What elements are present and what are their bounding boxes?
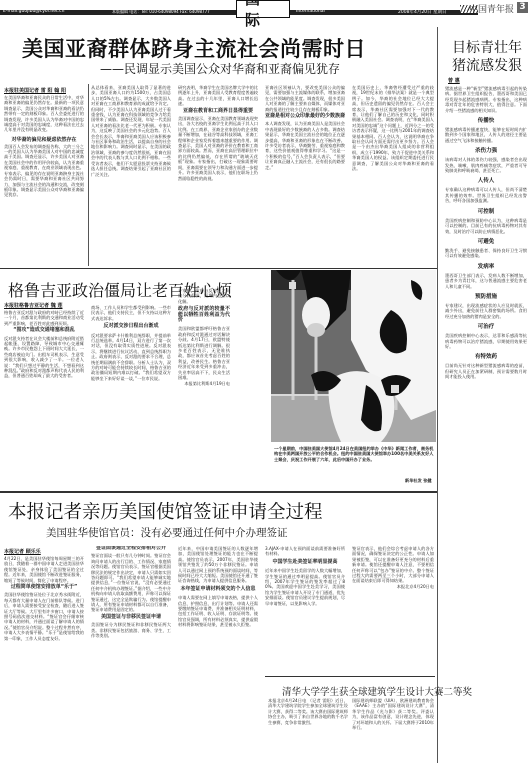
section-divider [0, 491, 437, 493]
article1-column-4: 亚裔社区领袖认为，要改变美国公众的偏见，需要加强与主流媒体的联系，增加亚裔在公共… [265, 85, 345, 265]
sidebar-intro: 猪流感是一种“新型”猪流感病毒引起的传染病。据世界卫生组织报告，墨西哥和美国已经… [445, 86, 527, 113]
masthead-contact: 本版编辑 电话：Tel: 010-64098094 Fax: 64098777 [112, 9, 210, 15]
article4-headline: 清华大学学生获全球建筑学生设计大赛二等奖 [282, 684, 472, 698]
section-divider [265, 676, 435, 677]
paper-logo: 中国青年报 [469, 2, 514, 15]
article1-subhead-2: 亚裔在教育和工商界日显得重要 [178, 109, 258, 114]
sidebar-section-text: 专家确认这种病毒可以人传人，但尚不清楚其传播的效率。世界卫生组织已经发出警告，呼… [445, 187, 527, 203]
sidebar-section-text: 勤洗手、避免接触患者、保持良好卫生习惯可以有效避免感染。 [445, 248, 527, 259]
article1-subhead-1: 对华裔的偏见和疑虑依然存在 [4, 138, 84, 143]
masthead: E-mail:guojibu@cyol.net.cn 本版编辑 电话：Tel: … [0, 0, 530, 20]
article1-column-5: 在美国历史上，华裔曾经遭受过严重的歧视，19世纪末的《排华法案》就是一个典型例子… [352, 85, 434, 265]
article3-column-2: 签证面谈通过全程安排相对公开签证官面谈一般只有几分钟时间。签证官会询问申请人的出… [91, 546, 171, 763]
photo-caption: 一个星期前，中国驻美国大使馆4月24日在美国纽约举办《中华》新闻工作者，商务机构… [274, 446, 434, 462]
article2-column-1: 格鲁吉亚反对派与政府的对峙已经持续了近一个月，首都第比利斯的交通和商业活动受到严… [4, 310, 84, 488]
article3-column-3: 近年来，中国申请美国签证的人数逐年增加，美国使馆处理签证的能力也在不断提高。使馆… [178, 546, 258, 763]
article4-column-2: 国际建筑师联盟（UIA）、欧洲建筑教育协会（EAAE）主办的“国际建筑设计大赛”… [352, 698, 434, 763]
article2-dateline: 本报第比利斯4月19日电 [178, 381, 230, 386]
column-divider [88, 84, 89, 266]
sidebar-body: 猪流感是一种“新型”猪流感病毒引起的传染病。据世界卫生组织报告，墨西哥和美国已经… [445, 86, 527, 763]
article2-byline: 本报驻格鲁吉亚记者 魏 莲 [4, 302, 62, 309]
page-number: 3 [517, 2, 528, 13]
sidebar-headline-line2: 猪流感发狠 [448, 55, 526, 75]
article3-column-5: 签证官表示，他们会综合考虑申请人的各方面情况，确保签证决定的公正性。申请人如果被… [352, 546, 434, 671]
section-title: 国际 [236, 0, 290, 18]
sidebar-section-text: 目前尚无针对这种新型猪流感病毒的疫苗，但研究人员正在加紧研制，预计需要数月时间才… [445, 363, 527, 379]
sidebar-section-title: 发病率 [445, 262, 527, 270]
article2-column-2: 商场、工作人员和学生都受到影响。一些市民表示，他们支持民主，但不支持以这种方式表… [91, 305, 171, 488]
article1-column-2: 从总体看来，亚裔美国人取得了显著的进步，美国亚裔人口约为1500万，占美国总人口… [91, 85, 171, 265]
section-title-en: International [296, 9, 325, 14]
article3-subhead-5: 中国学生赴美签证率明显提高 [265, 560, 345, 565]
sidebar-byline: 曾 惠 [448, 77, 460, 84]
cow-photo-image [271, 270, 436, 442]
article1-byline: 本报驻美国记者 雷 阳 翰 阳 [4, 87, 66, 94]
article3-subhead-2: 签证面谈通过全程安排相对公开 [91, 546, 171, 551]
article4-column-1: 本报北京4月24日电 （记者 雷阳）近日，清华大学建筑学院学生参加全球建筑学生设… [268, 698, 348, 763]
column-divider [437, 27, 438, 763]
sidebar-section-title: 人传人 [445, 176, 527, 184]
sidebar-headline-line1: 目标青壮年 [448, 37, 526, 57]
masthead-email: E-mail:guojibu@cyol.net.cn [3, 9, 65, 14]
article3-byline: 本报记者 顾乐乐 [4, 548, 41, 555]
article3-dateline: 本报北京4月20日电 [352, 584, 434, 589]
article1-subhead-3: 亚裔是相对公众印象最好的少数族裔 [265, 114, 345, 119]
article1-headline: 美国亚裔群体跻身主流社会尚需时日 [22, 33, 366, 63]
sidebar-section-title: 杀伤力强 [445, 146, 527, 154]
article3-column-4: 3.AJAX-申请人在预约面谈前需要准备好所有材料。中国学生赴美签证率明显提高近… [265, 546, 345, 676]
sidebar-section-title: 可控制 [445, 207, 527, 215]
article2-column-3: 专家称，政府与反对派之间的分歧很深，短期内恐难以化解。政府与反对派的较量不能以牺… [178, 288, 230, 488]
masthead-date: 2008年4月20日 星期日 [398, 9, 446, 15]
article1-column-1: 在美国华裔和亚裔民众的日常生活中，对华裔和亚裔的偏见仍然存在。最新的一项民意调查… [4, 95, 84, 265]
sidebar-section-title: 可治疗 [445, 322, 527, 330]
sidebar-section-title: 预防措施 [445, 292, 527, 300]
article1-column-3: 研究表明，华裔学生在美国名牌大学中的比例逐年上升，亚裔美国人受教育程度普遍较高。… [178, 85, 258, 265]
photo-credit: 新华社发 张健 [405, 478, 432, 483]
article2-subhead-3: 政府与反对派的较量不能以牺牲百姓利益为代价 [178, 307, 230, 323]
sidebar-section-text: 专家建议，出现流感症状的人应及时就医，减少外出，避免前往人群密集的场所。食用经过… [445, 303, 527, 319]
sidebar-section-text: 该病毒对人体的杀伤力较强，感染者会出现发热、咳嗽、肌肉疼痛等症状，严重者可导致肺… [445, 157, 527, 173]
sidebar-section-text: 美国疾病控制和预防中心认为，这种病毒是可以控制的。目前已有的抗病毒药物对其有效，… [445, 218, 527, 234]
article3-headline: 本报记者亲历美国使馆签证申请全过程 [8, 498, 323, 524]
section-divider [0, 268, 437, 269]
article2-subhead-2: 反对派交涉日程出台渐成 [91, 324, 171, 329]
article3-subhead-4: 本年签证申请材料须交的个人信息 [178, 587, 258, 592]
cow-photo [271, 270, 436, 442]
sidebar-section-title: 传播快 [445, 116, 527, 124]
article3-column-1: 4月22日，是美国驻华使馆每周星期三的开放日，我随着一群中国申请人走进美国驻华使… [4, 556, 84, 763]
article3-subhead-1: 过程简单使馆安排放单“乐于” [4, 585, 84, 590]
sidebar-section-text: 猪流感病毒传播速度快，能够在短时间内扩散到多个国家和地区，人传人的途径主要是通过… [445, 127, 527, 143]
article2-subhead-1: “围攻”造成交通堵塞和混乱 [4, 328, 84, 333]
article1-subheadline: ——民调显示美国公众对华裔和亚裔偏见犹存 [100, 60, 340, 77]
sidebar-section-text: 墨西哥卫生部门表示，发病人数不断增加，患者多为青壮年，这与普通流感主要危害老人和… [445, 273, 527, 289]
sidebar-section-text: 美国疾病控制中心表示，达菲和乐感清等抗病毒药物可以治疗猪流感，早期使用效果更好。 [445, 333, 527, 349]
article3-subheadline: 美国驻华使馆官员：没有必要通过任何中介办理签证 [46, 525, 288, 540]
article3-subhead-3: 美国签证与非移民签证申请 [91, 615, 171, 620]
sidebar-section-title: 有特效药 [445, 352, 527, 360]
sidebar-section-title: 可避免 [445, 237, 527, 245]
